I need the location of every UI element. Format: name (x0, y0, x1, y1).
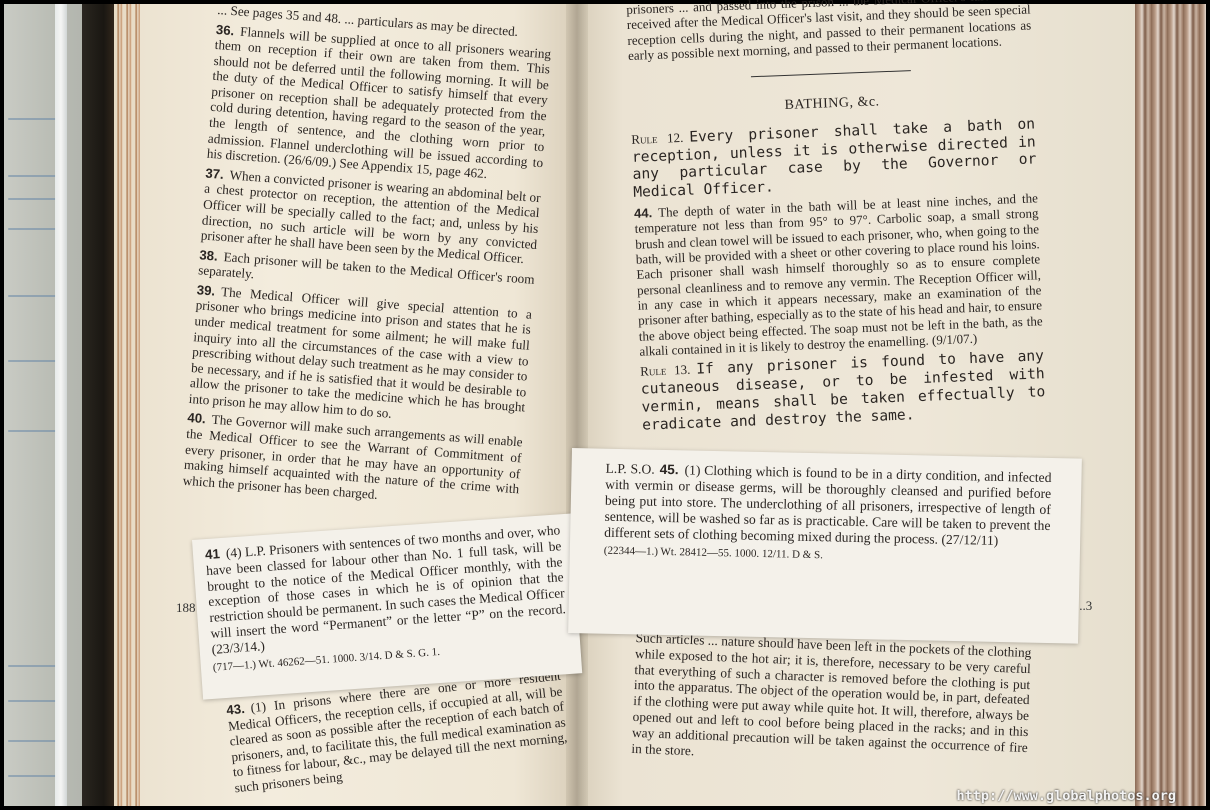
section-title: BATHING, &c. (630, 89, 1034, 121)
handwriting-stroke (8, 118, 56, 120)
paragraph-39: 39.The Medical Officer will give special… (188, 282, 532, 431)
rule-13: Rule 13.If any prisoner is found to have… (640, 348, 1046, 435)
page-number-left: 188 (176, 600, 196, 616)
handwriting-stroke (8, 360, 56, 362)
handwriting-stroke (8, 700, 56, 702)
handwriting-stroke (8, 295, 56, 297)
photo-frame: ... See pages 35 and 48. ... particulars… (0, 0, 1210, 810)
page-edges-right (1135, 4, 1206, 806)
rule-12: Rule 12.Every prisoner shall take a bath… (631, 115, 1037, 202)
slip-paragraph: 41(4) L.P. Prisoners with sentences of t… (205, 522, 568, 657)
left-page-text: ... See pages 35 and 48. ... particulars… (182, 2, 553, 517)
amendment-slip-41: 41(4) L.P. Prisoners with sentences of t… (192, 513, 582, 699)
amendment-slip-45: L.P. S.O.45.(1) Clothing which is found … (568, 448, 1082, 644)
glass-case-edge (55, 4, 67, 806)
handwriting-stroke (8, 665, 56, 667)
handwriting-stroke (8, 740, 56, 742)
handwriting-stroke (8, 228, 56, 230)
handwriting-stroke (8, 430, 56, 432)
right-page-text: prisoners ... and passed into the prison… (626, 0, 1046, 438)
paragraph: Such articles ... nature should have bee… (631, 630, 1032, 772)
right-page-tail-text: Such articles ... nature should have bee… (631, 630, 1032, 776)
book-cover-spine (82, 4, 118, 806)
book-gutter (566, 4, 588, 806)
paragraph-36: 36.Flannels will be supplied at once to … (206, 22, 551, 186)
handwriting-stroke (8, 198, 56, 200)
watermark-url: http://www.globalphotos.org (957, 788, 1176, 804)
handwriting-stroke (8, 175, 56, 177)
handwriting-stroke (8, 775, 56, 777)
paragraph: prisoners ... and passed into the prison… (626, 0, 1032, 63)
paragraph-44: 44.The depth of water in the bath will b… (634, 190, 1044, 359)
section-divider (751, 70, 911, 77)
slip-paragraph: L.P. S.O.45.(1) Clothing which is found … (604, 461, 1052, 550)
